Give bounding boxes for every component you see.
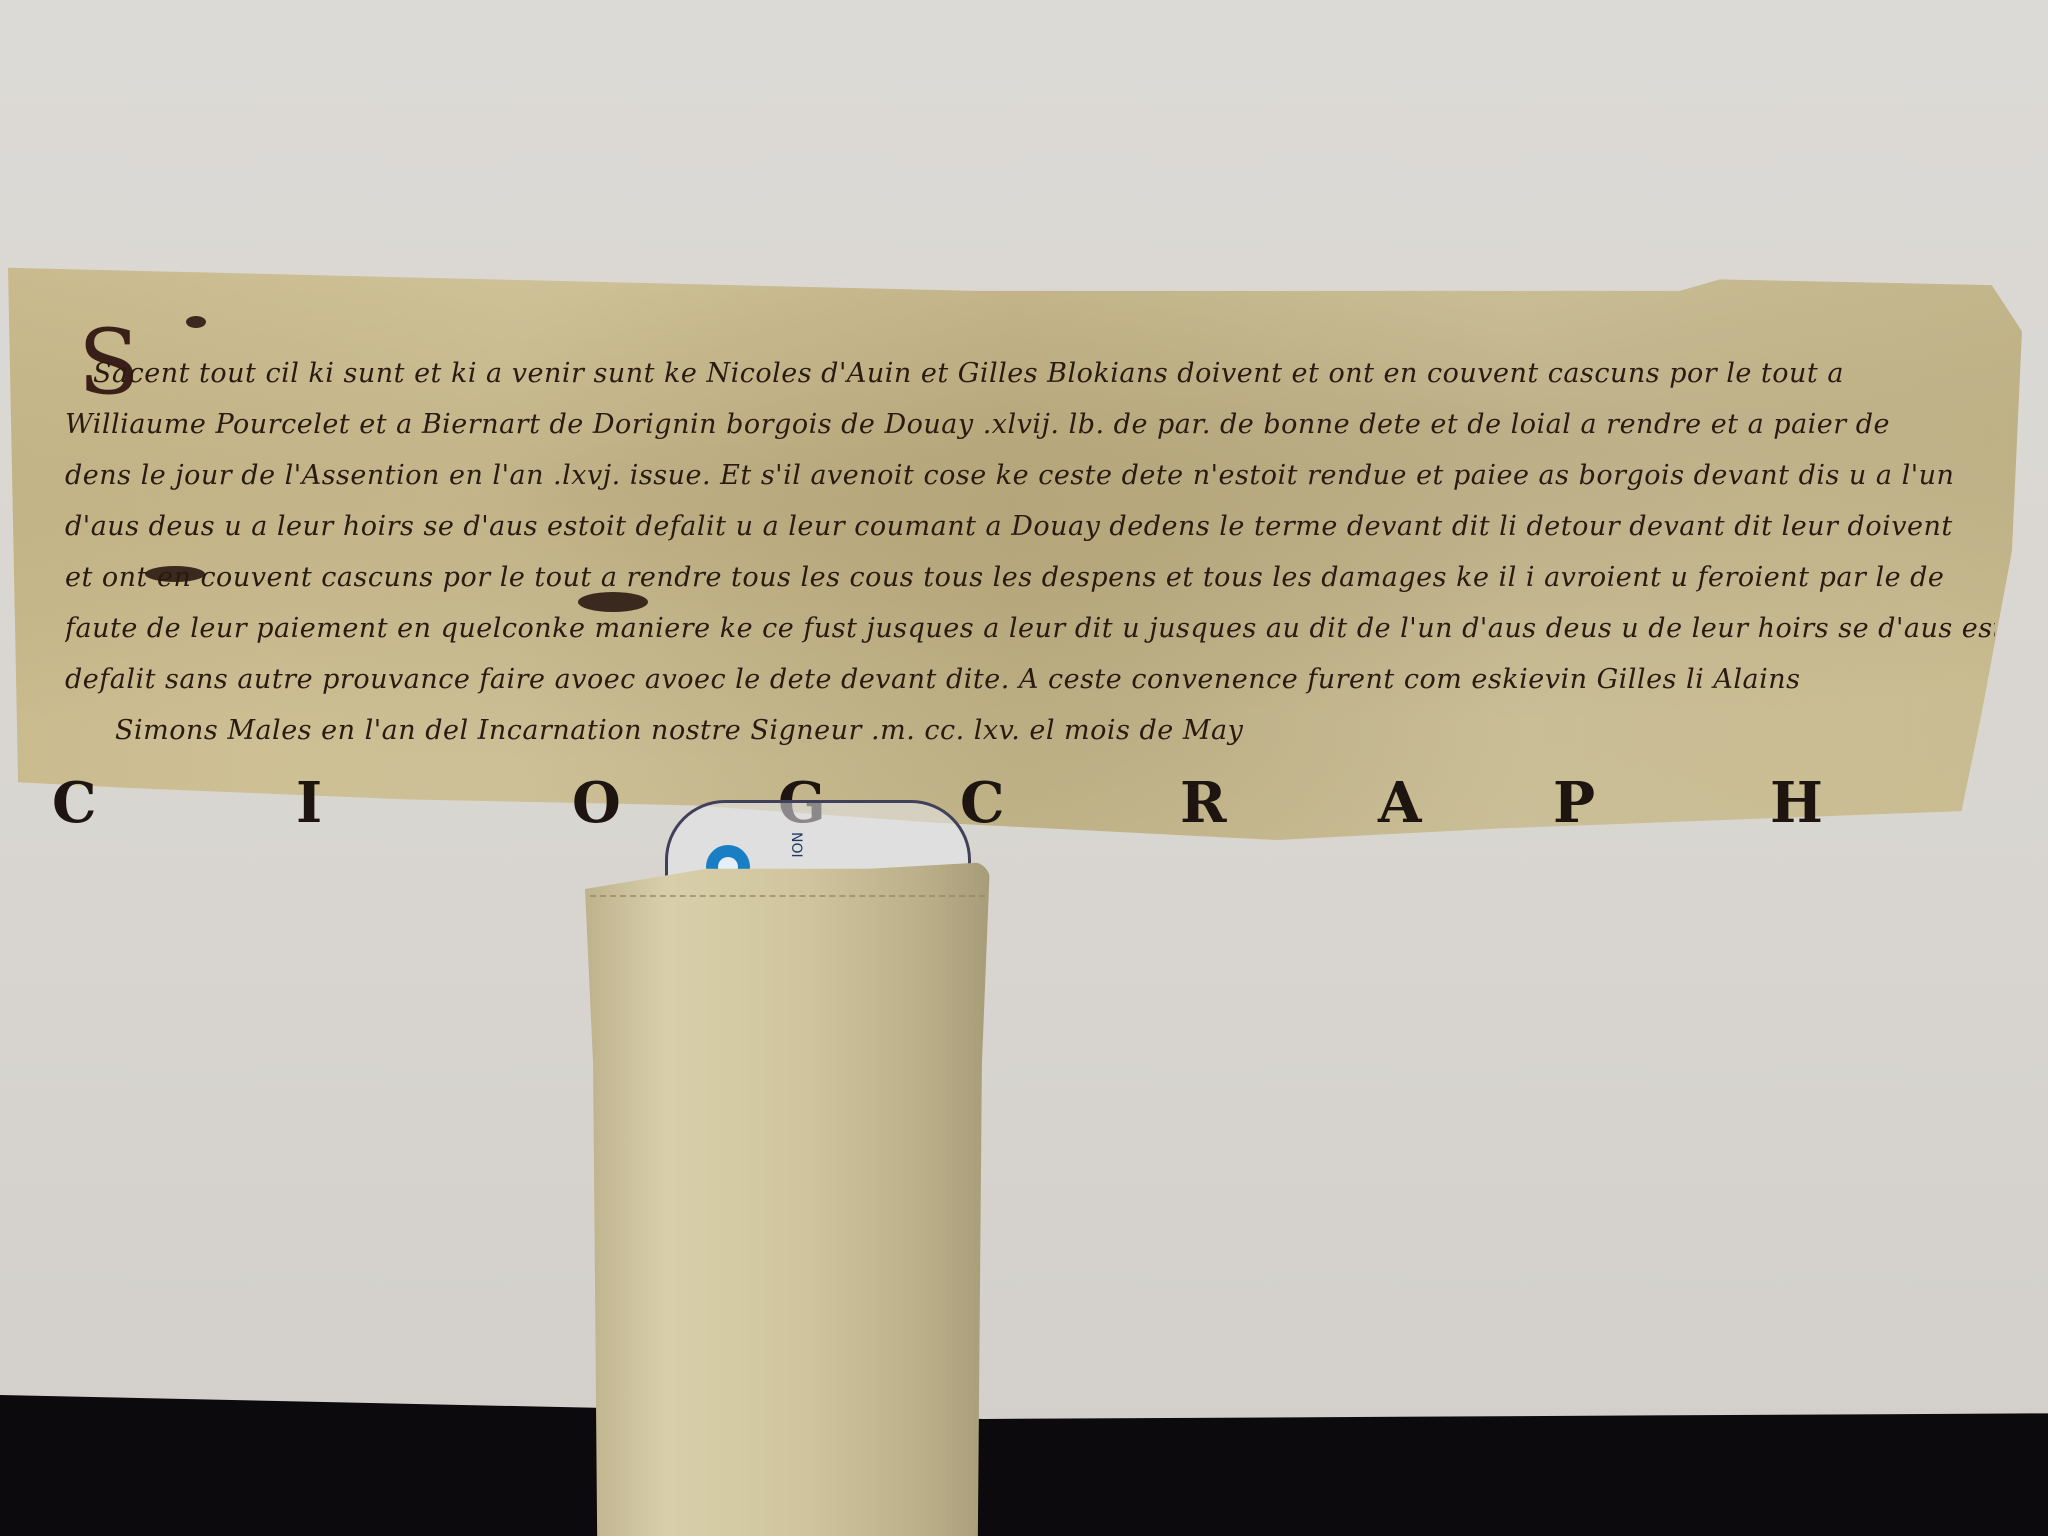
charter-line-6: faute de leur paiement en quelconke mani… — [65, 603, 1995, 654]
charter-line-5: et ont en couvent cascuns por le tout a … — [65, 552, 1995, 603]
chirograph-letter: P — [1553, 770, 1593, 830]
chirograph-letter: A — [1378, 770, 1418, 830]
charter-line-7: defalit sans autre prouvance faire avoec… — [65, 654, 1995, 705]
charter-line-4: d'aus deus u a leur hoirs se d'aus estoi… — [65, 501, 1995, 552]
charter-line-3: dens le jour de l'Assention en l'an .lxv… — [65, 450, 1995, 501]
chirograph-letter: C — [960, 770, 1000, 830]
charter-line-8: Simons Males en l'an del Incarnation nos… — [65, 705, 1995, 756]
chirograph-letter: I — [296, 770, 336, 830]
chirograph-letter: O — [572, 770, 612, 830]
charter-line-2: Williaume Pourcelet et a Biernart de Dor… — [65, 399, 1995, 450]
ink-blot — [578, 592, 648, 612]
chirograph-letter: H — [1770, 770, 1810, 830]
cloth-weight-pouch — [585, 862, 990, 1536]
charter-text: Sacent tout cil ki sunt et ki a venir su… — [65, 348, 1995, 756]
chirograph-letter: C — [52, 770, 92, 830]
card-text: NOI — [788, 832, 804, 858]
ink-blot — [145, 566, 205, 582]
pouch-hem-stitching — [590, 895, 985, 903]
chirograph-letter: R — [1180, 770, 1220, 830]
charter-line-1: Sacent tout cil ki sunt et ki a venir su… — [65, 348, 1995, 399]
ink-blot — [186, 316, 206, 328]
